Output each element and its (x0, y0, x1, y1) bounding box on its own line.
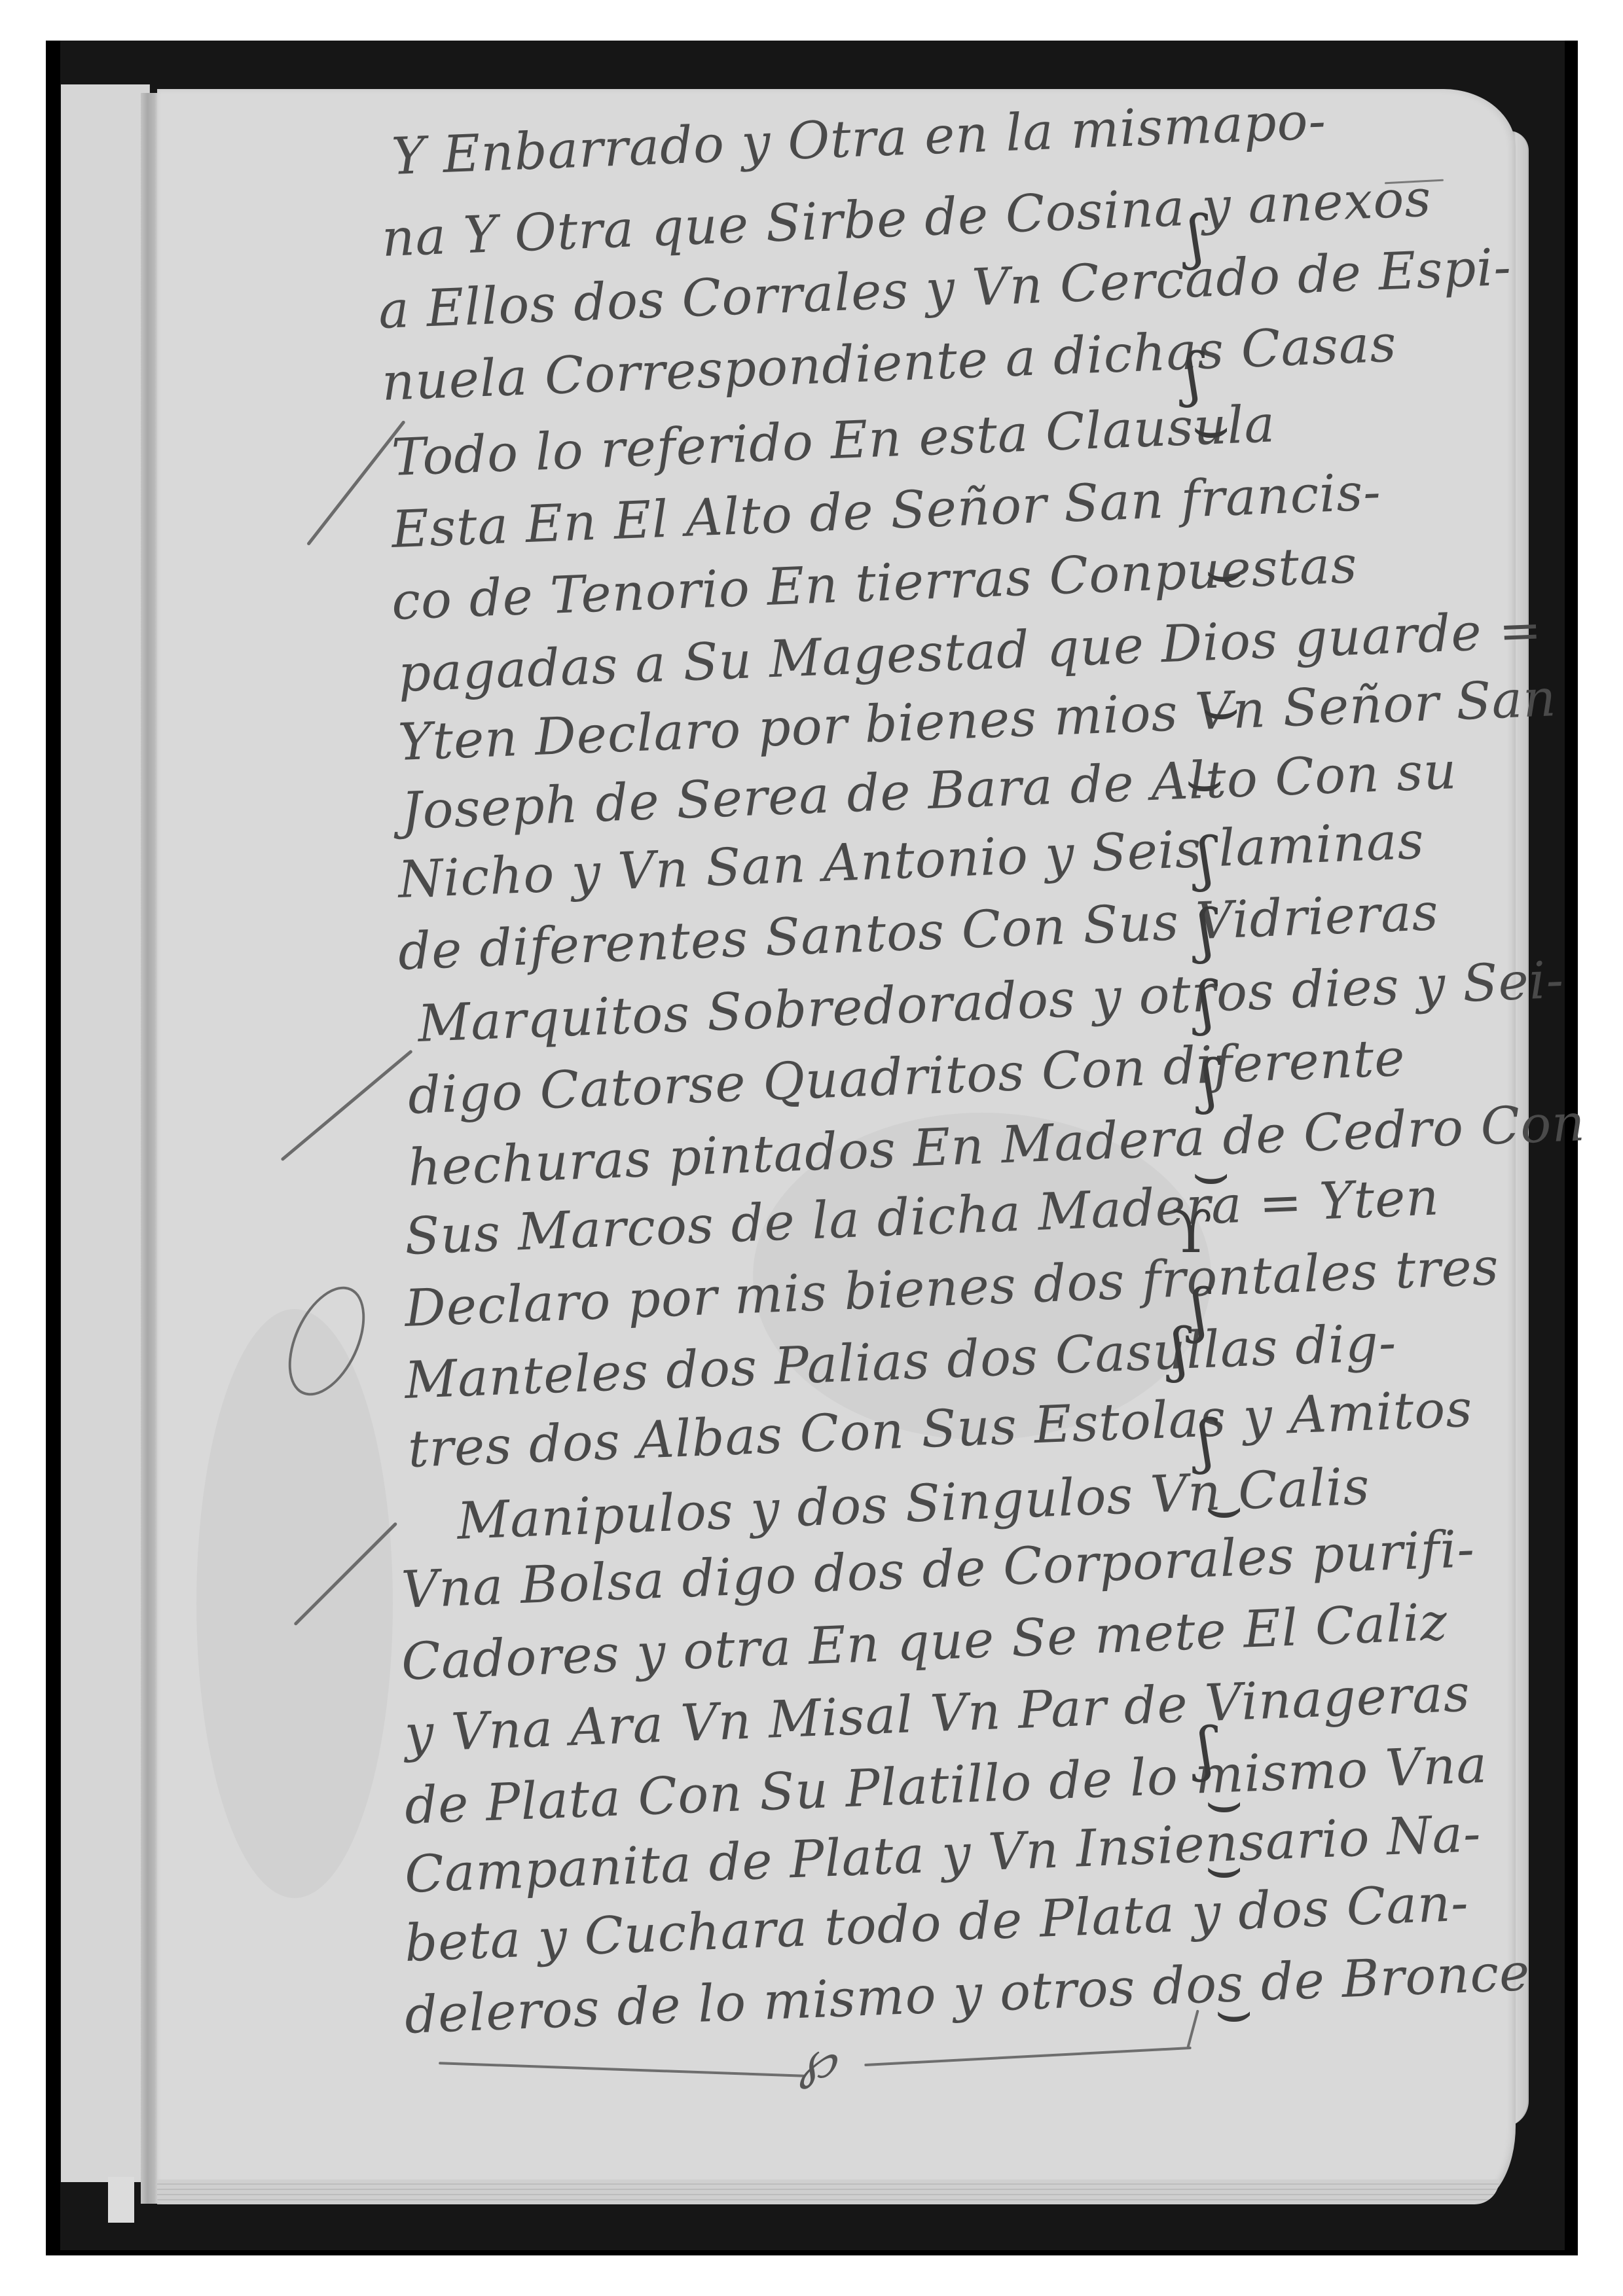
line-end-flourish: ʃ (1172, 1316, 1188, 1384)
line-end-flourish: ⌣ (1185, 746, 1224, 816)
manuscript-text: Y Enbarrado y Otra en la mismapo- na Y O… (0, 0, 1623, 2296)
line-end-flourish: ⌣ (1201, 674, 1240, 744)
line-end-flourish: ⌣ (1214, 1977, 1253, 2046)
line-end-flourish: ʃ (1188, 203, 1204, 272)
line-end-flourish: ʃ (1198, 825, 1214, 893)
line-end-flourish: ⌣ (1192, 393, 1230, 462)
line-end-flourish: ϒ (1172, 1198, 1213, 1266)
line-end-flourish: ⌣ (1205, 1473, 1243, 1542)
line-end-flourish: ʃ (1198, 969, 1214, 1037)
line-end-flourish: ⌣ (1205, 1767, 1243, 1837)
line-end-flourish: ⌣ (1205, 537, 1243, 606)
line-end-flourish: ʃ (1198, 1407, 1214, 1476)
text-line: Y Enbarrado y Otra en la mismapo- (391, 92, 1328, 187)
line-end-flourish: ʃ (1198, 897, 1214, 965)
line-end-flourish: ʃ (1201, 1047, 1217, 1116)
line-end-flourish: ʃ (1192, 1276, 1207, 1345)
signature-rubric: ℘ (799, 2029, 835, 2090)
line-end-flourish: ⌣ (1205, 1833, 1243, 1902)
